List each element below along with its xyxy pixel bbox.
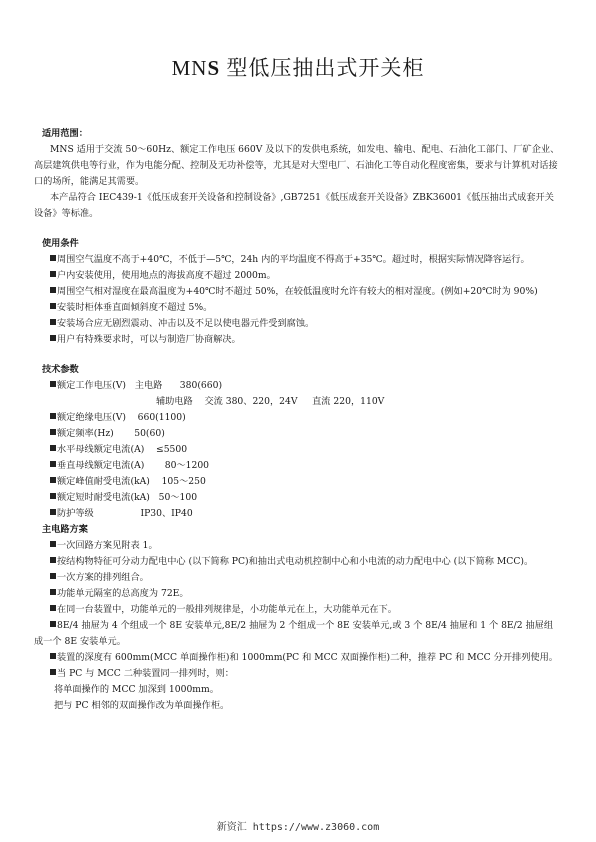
param-row: 额定峰值耐受电流(kA) 105～250: [34, 474, 562, 490]
document-body: 适用范围： MNS 适用于交流 50～60Hz、额定工作电压 660V 及以下的…: [34, 126, 562, 714]
param-rated-voltage: 额定工作电压(V) 主电路 380(660): [34, 378, 562, 394]
document-title: MNS 型低压抽出式开关柜: [0, 52, 596, 82]
condition-item: 安装时柜体垂直面倾斜度不超过 5%。: [34, 300, 562, 316]
param-label: 额定绝缘电压(V): [57, 412, 126, 423]
param-value-dc: 直流 220，110V: [312, 396, 384, 407]
section-heading-conditions: 使用条件: [42, 236, 562, 252]
circuit-item: 功能单元隔室的总高度为 72E。: [34, 586, 562, 602]
param-row: 防护等级 IP30、IP40: [34, 506, 562, 522]
section-heading-tech: 技术参数: [42, 362, 562, 378]
scope-paragraph-1: MNS 适用于交流 50～60Hz、额定工作电压 660V 及以下的发供电系统，…: [34, 142, 562, 190]
param-value: 80～1200: [165, 460, 209, 471]
document-page: MNS 型低压抽出式开关柜 适用范围： MNS 适用于交流 50～60Hz、额定…: [0, 0, 596, 842]
condition-text: 户内安装使用，使用地点的海拔高度不超过 2000m。: [57, 270, 276, 281]
circuit-text: 按结构物特征可分动力配电中心 (以下简称 PC)和抽出式电动机控制中心和小电流的…: [57, 556, 533, 567]
bullet-square-icon: [50, 541, 56, 547]
circuit-text: 当 PC 与 MCC 二种装置同一排列时，则：: [57, 668, 234, 679]
param-value: 50(60): [134, 428, 165, 439]
param-label: 额定短时耐受电流(kA): [57, 492, 150, 503]
bullet-square-icon: [50, 303, 56, 309]
title-prefix: MN: [172, 56, 208, 80]
condition-text: 周围空气温度不高于+40℃，不低于—5℃，24h 内的平均温度不得高于+35℃。…: [57, 254, 530, 265]
circuit-text: 在同一台装置中，功能单元的一般排列规律是，小功能单元在上，大功能单元在下。: [57, 604, 397, 615]
bullet-square-icon: [50, 557, 56, 563]
circuit-text: 功能单元隔室的总高度为 72E。: [57, 588, 189, 599]
param-sublabel: 辅助电路: [156, 396, 193, 407]
param-label: 额定峰值耐受电流(kA): [57, 476, 150, 487]
param-label: 额定频率(Hz): [57, 428, 114, 439]
param-label: 额定工作电压(V): [57, 380, 126, 391]
bullet-square-icon: [50, 621, 56, 627]
circuit-item: 按结构物特征可分动力配电中心 (以下简称 PC)和抽出式电动机控制中心和小电流的…: [34, 554, 562, 570]
condition-item: 户内安装使用，使用地点的海拔高度不超过 2000m。: [34, 268, 562, 284]
bullet-square-icon: [50, 589, 56, 595]
param-value: ≤5500: [156, 444, 187, 455]
param-label: 防护等级: [57, 508, 94, 519]
circuit-sub-line: 把与 PC 相邻的双面操作改为单面操作柜。: [34, 698, 562, 714]
condition-item: 用户有特殊要求时，可以与制造厂协商解决。: [34, 332, 562, 348]
param-row: 额定绝缘电压(V) 660(1100): [34, 410, 562, 426]
param-value: 105～250: [162, 476, 206, 487]
section-heading-scope: 适用范围：: [42, 126, 562, 142]
param-aux-circuit: 辅助电路 交流 380、220，24V 直流 220，110V: [34, 394, 562, 410]
condition-item: 周围空气相对湿度在最高温度为+40℃时不超过 50%，在较低温度时允许有较大的相…: [34, 284, 562, 300]
param-sublabel: 主电路: [135, 380, 163, 391]
bullet-square-icon: [50, 509, 56, 515]
bullet-square-icon: [50, 461, 56, 467]
param-value: 380(660): [180, 380, 222, 391]
circuit-item: 当 PC 与 MCC 二种装置同一排列时，则：: [34, 666, 562, 682]
param-label: 水平母线额定电流(A): [57, 444, 144, 455]
circuit-text: 一次回路方案见附表 1。: [57, 540, 158, 551]
bullet-square-icon: [50, 493, 56, 499]
param-value: 660(1100): [138, 412, 186, 423]
section-heading-circuit: 主电路方案: [42, 522, 562, 538]
bullet-square-icon: [50, 335, 56, 341]
param-row: 垂直母线额定电流(A) 80～1200: [34, 458, 562, 474]
bullet-square-icon: [50, 413, 56, 419]
circuit-item: 一次回路方案见附表 1。: [34, 538, 562, 554]
bullet-square-icon: [50, 271, 56, 277]
condition-item: 安装场合应无剧烈震动、冲击以及不足以使电器元件受到腐蚀。: [34, 316, 562, 332]
param-row: 额定频率(Hz) 50(60): [34, 426, 562, 442]
bullet-square-icon: [50, 287, 56, 293]
param-row: 额定短时耐受电流(kA) 50～100: [34, 490, 562, 506]
bullet-square-icon: [50, 669, 56, 675]
condition-text: 用户有特殊要求时，可以与制造厂协商解决。: [57, 334, 241, 345]
param-value-ac: 交流 380、220，24V: [204, 396, 297, 407]
scope-paragraph-2: 本产品符合 IEC439-1《低压成套开关设备和控制设备》,GB7251《低压成…: [34, 190, 562, 222]
circuit-text: 一次方案的排列组合。: [57, 572, 149, 583]
param-value: 50～100: [159, 492, 197, 503]
circuit-item: 在同一台装置中，功能单元的一般排列规律是，小功能单元在上，大功能单元在下。: [34, 602, 562, 618]
bullet-square-icon: [50, 319, 56, 325]
bullet-square-icon: [50, 573, 56, 579]
circuit-item: 8E/4 抽屉为 4 个组成一个 8E 安装单元,8E/2 抽屉为 2 个组成一…: [34, 618, 562, 650]
title-bold-letter: S: [207, 56, 220, 80]
circuit-text: 8E/4 抽屉为 4 个组成一个 8E 安装单元,8E/2 抽屉为 2 个组成一…: [34, 620, 553, 647]
param-value: IP30、IP40: [140, 508, 192, 519]
bullet-square-icon: [50, 381, 56, 387]
condition-text: 周围空气相对湿度在最高温度为+40℃时不超过 50%，在较低温度时允许有较大的相…: [57, 286, 538, 297]
title-suffix: 型低压抽出式开关柜: [220, 56, 424, 80]
circuit-item: 装置的深度有 600mm(MCC 单面操作柜)和 1000mm(PC 和 MCC…: [34, 650, 562, 666]
bullet-square-icon: [50, 255, 56, 261]
bullet-square-icon: [50, 429, 56, 435]
circuit-text: 装置的深度有 600mm(MCC 单面操作柜)和 1000mm(PC 和 MCC…: [57, 652, 558, 663]
footer-watermark: 新资汇 https://www.z3060.com: [0, 818, 596, 833]
param-row: 水平母线额定电流(A) ≤5500: [34, 442, 562, 458]
param-label: 垂直母线额定电流(A): [57, 460, 144, 471]
bullet-square-icon: [50, 653, 56, 659]
bullet-square-icon: [50, 477, 56, 483]
bullet-square-icon: [50, 445, 56, 451]
circuit-item: 一次方案的排列组合。: [34, 570, 562, 586]
condition-text: 安装场合应无剧烈震动、冲击以及不足以使电器元件受到腐蚀。: [57, 318, 314, 329]
bullet-square-icon: [50, 605, 56, 611]
condition-item: 周围空气温度不高于+40℃，不低于—5℃，24h 内的平均温度不得高于+35℃。…: [34, 252, 562, 268]
circuit-sub-line: 将单面操作的 MCC 加深到 1000mm。: [34, 682, 562, 698]
condition-text: 安装时柜体垂直面倾斜度不超过 5%。: [57, 302, 212, 313]
